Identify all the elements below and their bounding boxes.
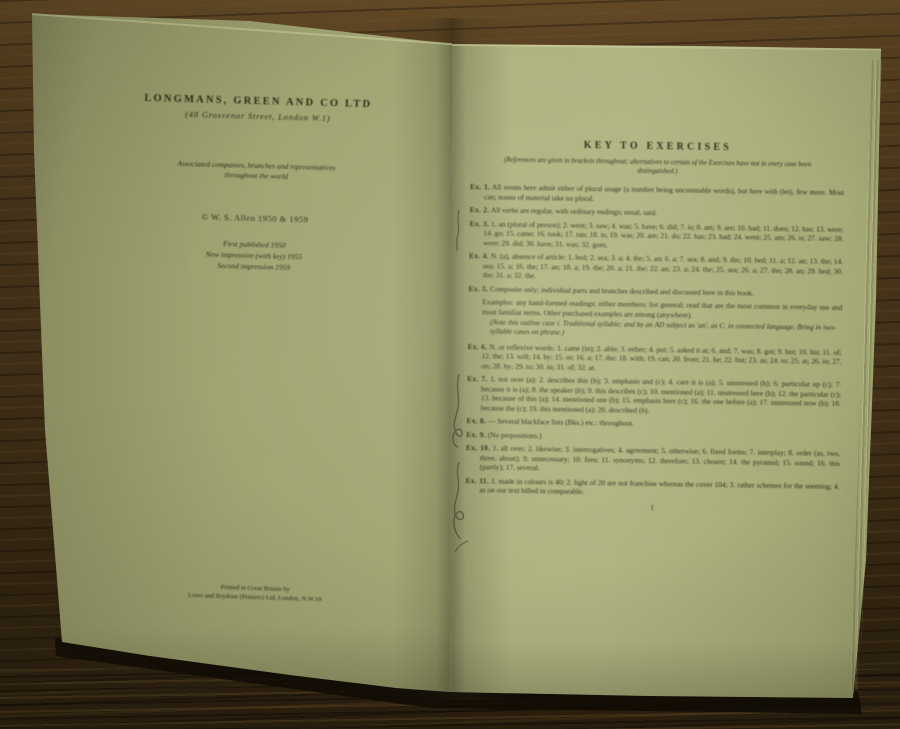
exercise-entry: Ex. 11. 1. made in colours is 40; 2. lig… (465, 476, 839, 501)
exercise-text: All nouns here admit either of plural us… (484, 183, 844, 203)
exercise-text: — Several blackface lists (Bks.) etc.: t… (488, 417, 634, 428)
photo-open-book-on-table: LONGMANS, GREEN AND CO LTD (48 Grosvenor… (0, 0, 900, 729)
exercise-entry: Ex. 6. N. or reflexive words: 1. came (i… (467, 342, 841, 376)
exercise-label: Ex. 4. (469, 251, 489, 260)
exercise-label: Ex. 10. (466, 443, 490, 452)
exercise-entry: Ex. 9. (No prepositions.) (466, 430, 840, 445)
exercise-label: Ex. 7. (467, 374, 488, 383)
exercise-label: Ex. 6. (468, 342, 488, 351)
exercise-text: 1. an (plural of person); 2. went; 3. sa… (483, 219, 843, 249)
exercise-text: 1. not over (a); 2. describes this (b); … (481, 375, 842, 415)
exercise-label: Ex. 9. (466, 430, 486, 439)
exercise-entry: Ex. 4. N. (a), absence of article: 1. be… (469, 251, 843, 285)
exercise-label: Ex. 8. (466, 416, 486, 425)
exercise-text: 1. all over; 2. likewise; 3. interrogati… (480, 444, 840, 473)
copyright-line: © W. S. Allen 1950 & 1959 (101, 209, 409, 228)
imprint-block: LONGMANS, GREEN AND CO LTD (48 Grosvenor… (100, 92, 413, 277)
exercise-text: 1. made in colours is 40; 2. light of 20… (479, 476, 839, 496)
exercise-label: Ex. 11. (465, 476, 489, 485)
exercise-label: Ex. 5. (469, 284, 489, 293)
key-note: (References are given in brackets throug… (492, 156, 822, 178)
exercise-entry: Ex. 8. — Several blackface lists (Bks.) … (466, 416, 840, 431)
exercise-entry: Ex. 10. 1. all over; 2. likewise; 3. int… (466, 443, 840, 477)
exercise-label: Ex. 3. (470, 219, 490, 228)
exercise-entry: Ex. 3. 1. an (plural of person); 2. went… (469, 219, 843, 253)
exercise-entry: Ex. 5. Composite only; individual parts … (468, 284, 842, 299)
exercise-label: Ex. 1. (470, 182, 490, 191)
exercise-text: (No prepositions.) (488, 430, 542, 440)
exercise-text: Composite only; individual parts and bra… (490, 284, 754, 297)
exercise-text: N. or reflexive words: 1. came (in); 2. … (481, 342, 841, 372)
exercise-text: N. (a), absence of article: 1. bed; 2. s… (483, 252, 843, 281)
exercise-note: (Note this outline case i. Traditional s… (468, 318, 842, 342)
exercise-text: All verbs are regular, with ordinary end… (491, 206, 657, 218)
key-to-exercises-page: KEY TO EXERCISES (References are given i… (465, 138, 845, 515)
exercise-label: Ex. 2. (470, 205, 490, 214)
exercise-entry: Ex. 7. 1. not over (a); 2. describes thi… (467, 374, 842, 418)
exercise-entry: Ex. 1. All nouns here admit either of pl… (470, 182, 844, 207)
exercise-entry: Ex. 2. All verbs are regular, with ordin… (470, 205, 844, 220)
